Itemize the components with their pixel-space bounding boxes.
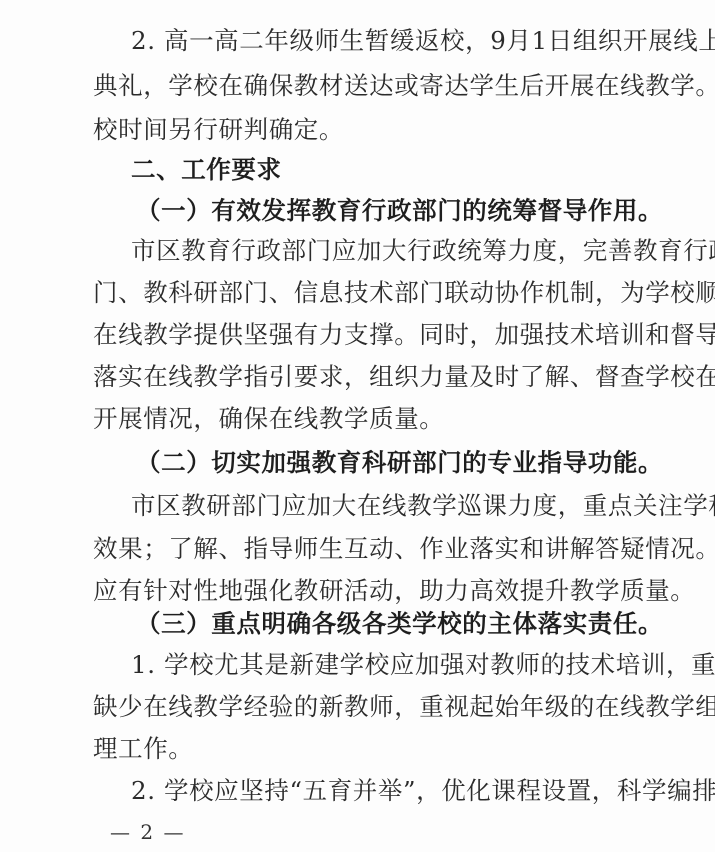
paragraph-return-school-line-3: 校时间另行研判确定。 <box>93 115 633 145</box>
paragraph-return-school-line-2: 典礼，学校在确保教材送达或寄达学生后开展在线教学。具体返 <box>93 71 633 101</box>
paragraph-admin-line-3: 在线教学提供坚强有力支撑。同时，加强技术培训和督导检查， <box>93 320 633 350</box>
paragraph-admin-line-5: 开展情况，确保在线教学质量。 <box>93 404 633 434</box>
paragraph-admin-line-4: 落实在线教学指引要求，组织力量及时了解、督查学校在线教学 <box>93 362 633 392</box>
paragraph-research-line-3: 应有针对性地强化教研活动，助力高效提升教学质量。 <box>93 576 633 606</box>
item-1-line-2: 缺少在线教学经验的新教师，重视起始年级的在线教学组织与管 <box>93 692 633 722</box>
paragraph-research-line-1: 市区教研部门应加大在线教学巡课力度，重点关注学科教学 <box>131 491 633 521</box>
subheading-research-guidance: （二）切实加强教育科研部门的专业指导功能。 <box>136 448 676 478</box>
paragraph-admin-line-2: 门、教科研部门、信息技术部门联动协作机制，为学校顺利开展 <box>93 278 633 308</box>
subheading-school-responsibility: （三）重点明确各级各类学校的主体落实责任。 <box>136 609 676 639</box>
item-1-line-3: 理工作。 <box>93 734 633 764</box>
paragraph-admin-line-1: 市区教育行政部门应加大行政统筹力度，完善教育行政部 <box>131 236 633 266</box>
paragraph-return-school-line-1: 2. 高一高二年级师生暂缓返校，9月1日组织开展线上开学 <box>131 26 633 56</box>
paragraph-research-line-2: 效果；了解、指导师生互动、作业落实和讲解答疑情况。同时， <box>93 534 633 564</box>
section-heading-work-requirements: 二、工作要求 <box>131 155 633 185</box>
page-number: — 2 — <box>110 820 185 844</box>
item-1-line-1: 1. 学校尤其是新建学校应加强对教师的技术培训，重点关注 <box>131 650 633 680</box>
subheading-admin-coordination: （一）有效发挥教育行政部门的统筹督导作用。 <box>136 196 676 226</box>
document-page: 2. 高一高二年级师生暂缓返校，9月1日组织开展线上开学 典礼，学校在确保教材送… <box>0 0 715 852</box>
item-2-line-1: 2. 学校应坚持“五育并举”，优化课程设置，科学编排课程。 <box>131 776 633 806</box>
